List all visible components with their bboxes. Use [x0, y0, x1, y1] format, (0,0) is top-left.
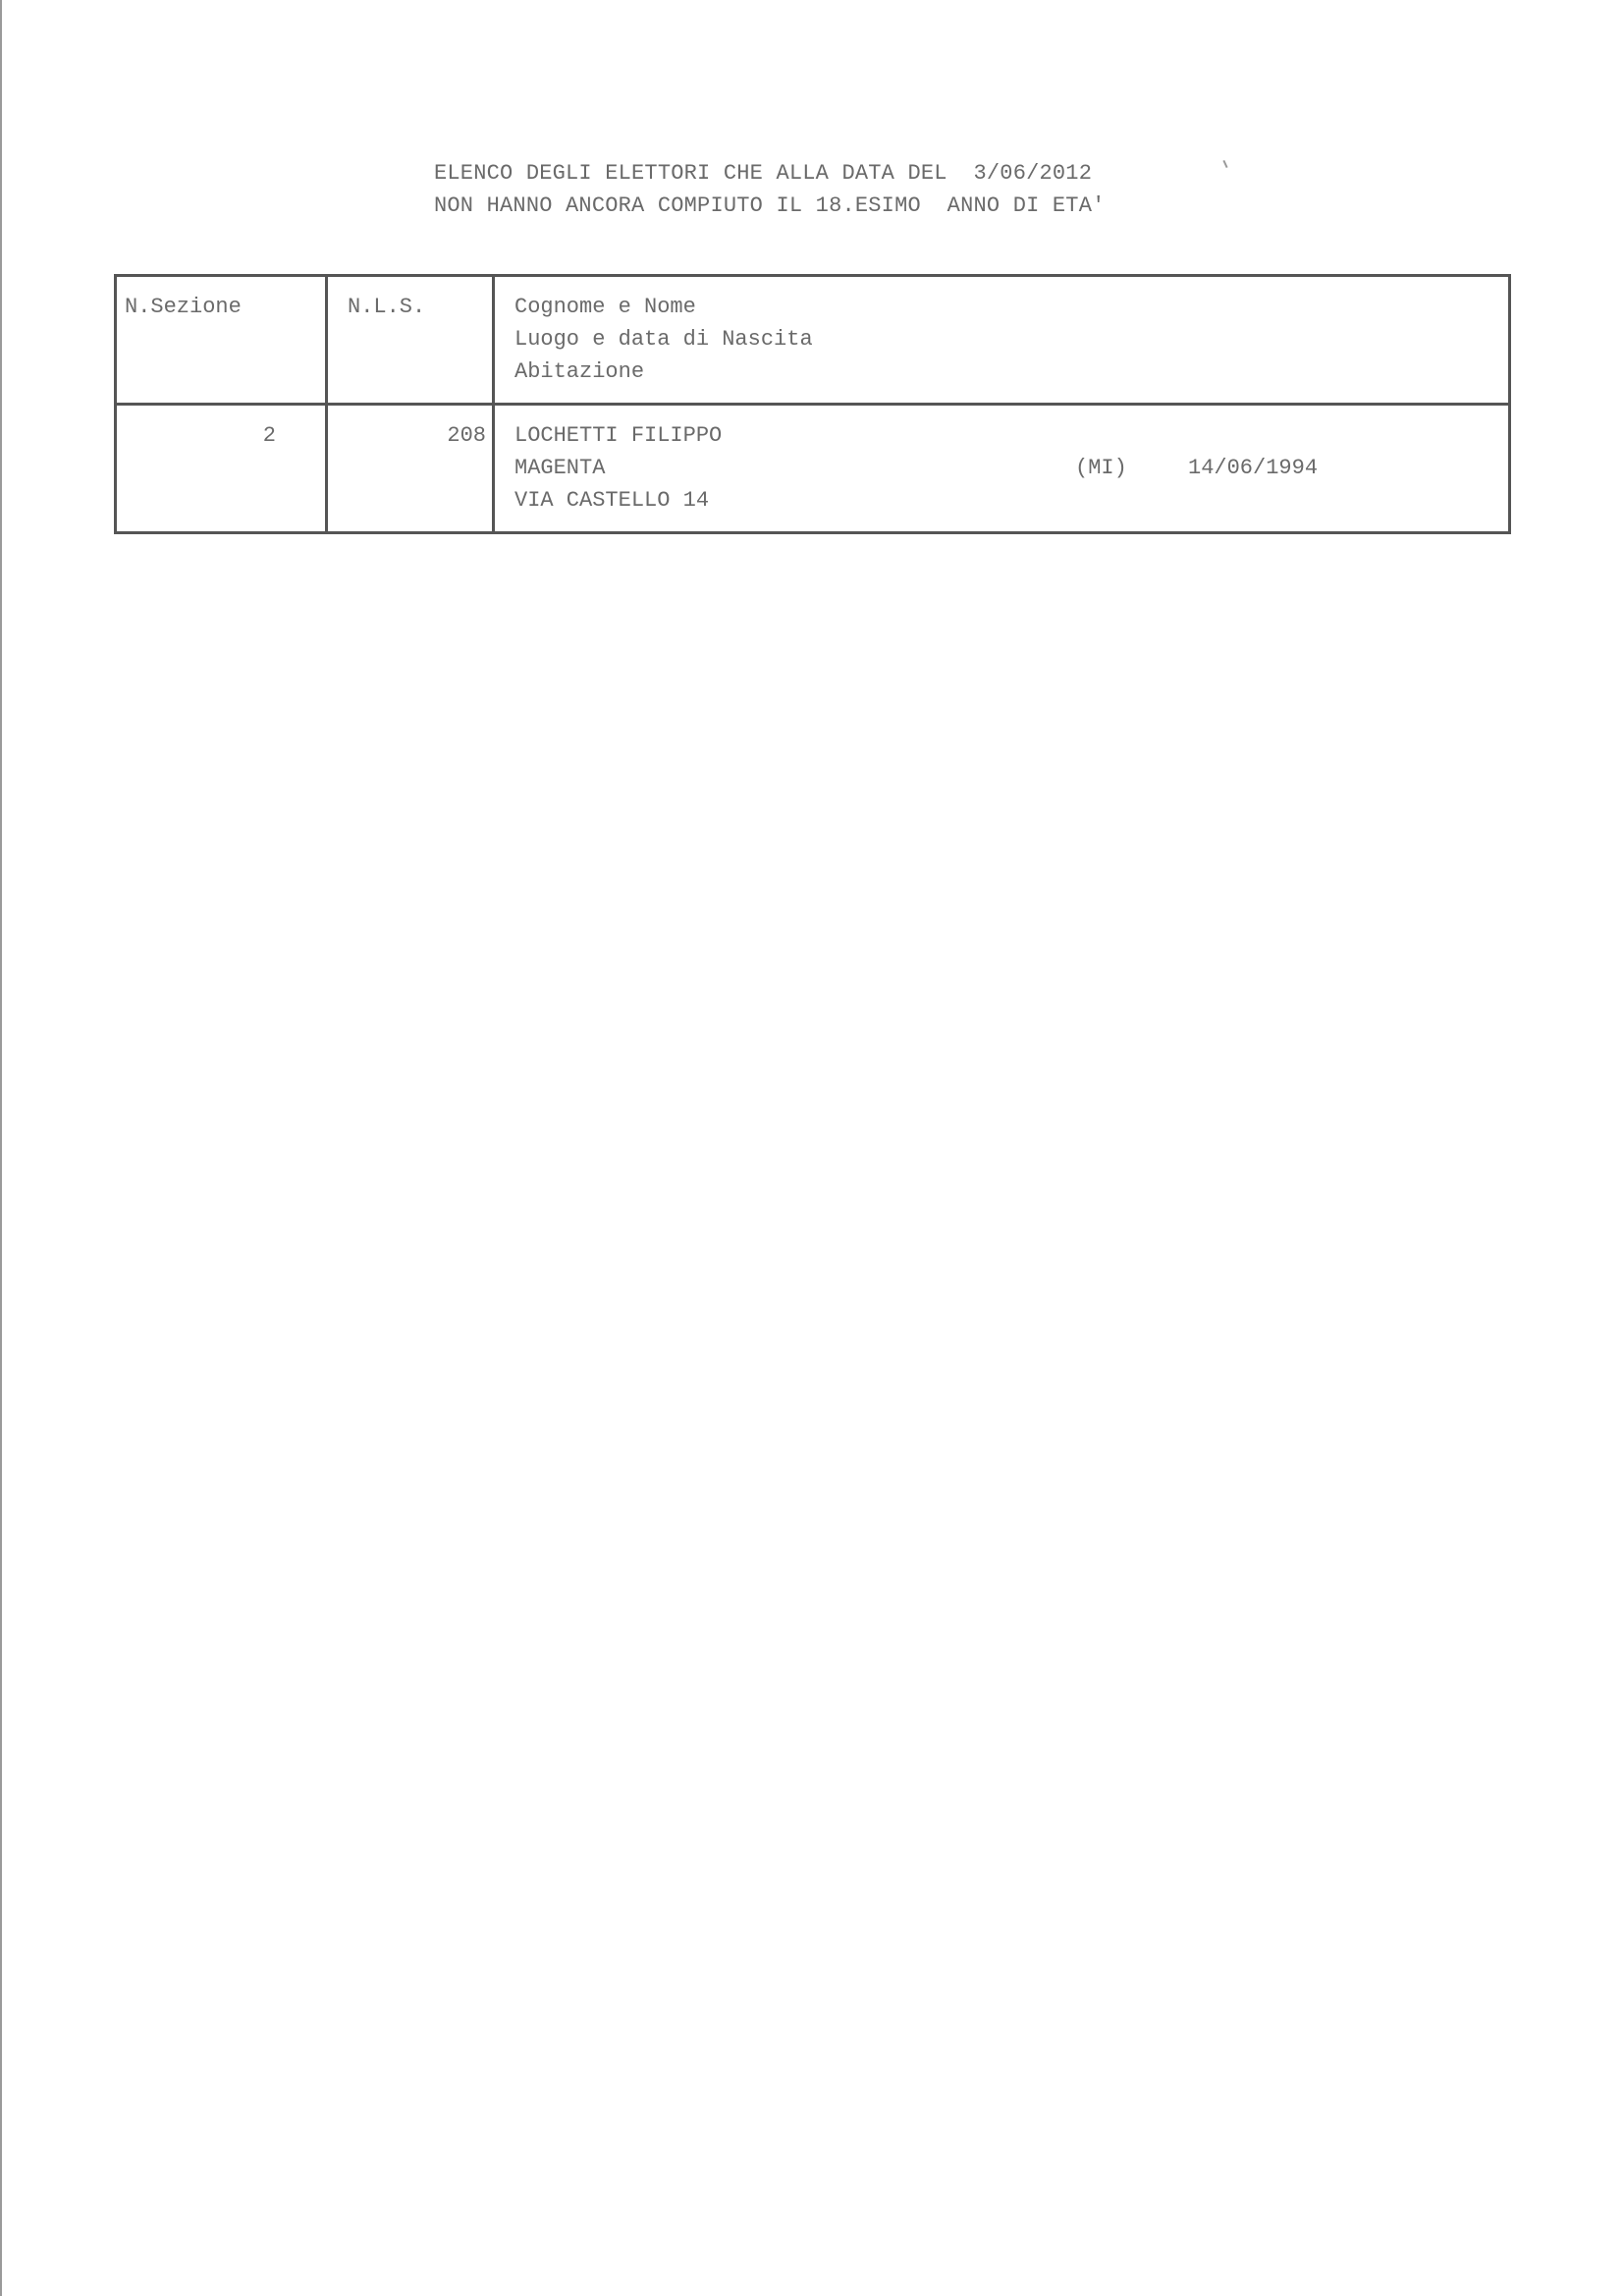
cell-provincia: (MI) — [1075, 452, 1127, 484]
header-nls: N.L.S. — [327, 276, 494, 405]
header-details: Cognome e Nome Luogo e data di Nascita A… — [494, 276, 1510, 405]
header-cognome-nome: Cognome e Nome — [514, 291, 1508, 323]
table-header-row: N.Sezione N.L.S. Cognome e Nome Luogo e … — [116, 276, 1510, 405]
table-row: 2 208 LOCHETTI FILIPPO MAGENTA(MI)14/06/… — [116, 405, 1510, 533]
cell-nls: 208 — [327, 405, 494, 533]
cell-birth-row: MAGENTA(MI)14/06/1994 — [514, 452, 1508, 484]
electors-table: N.Sezione N.L.S. Cognome e Nome Luogo e … — [114, 274, 1511, 534]
header-abitazione: Abitazione — [514, 355, 1508, 388]
title-line-1: ELENCO DEGLI ELETTORI CHE ALLA DATA DEL … — [434, 157, 1106, 190]
title-line-2: NON HANNO ANCORA COMPIUTO IL 18.ESIMO AN… — [434, 190, 1106, 222]
cell-abitazione: VIA CASTELLO 14 — [514, 484, 1508, 517]
scan-edge-line — [0, 0, 2, 2296]
header-luogo-data-nascita: Luogo e data di Nascita — [514, 323, 1508, 355]
cell-details: LOCHETTI FILIPPO MAGENTA(MI)14/06/1994 V… — [494, 405, 1510, 533]
document-title: ELENCO DEGLI ELETTORI CHE ALLA DATA DEL … — [434, 157, 1106, 222]
header-sezione: N.Sezione — [116, 276, 327, 405]
scan-speck — [1222, 160, 1227, 168]
cell-nome: LOCHETTI FILIPPO — [514, 419, 1508, 452]
cell-luogo-nascita: MAGENTA — [514, 456, 605, 480]
cell-sezione: 2 — [116, 405, 327, 533]
cell-data-nascita: 14/06/1994 — [1188, 452, 1318, 484]
